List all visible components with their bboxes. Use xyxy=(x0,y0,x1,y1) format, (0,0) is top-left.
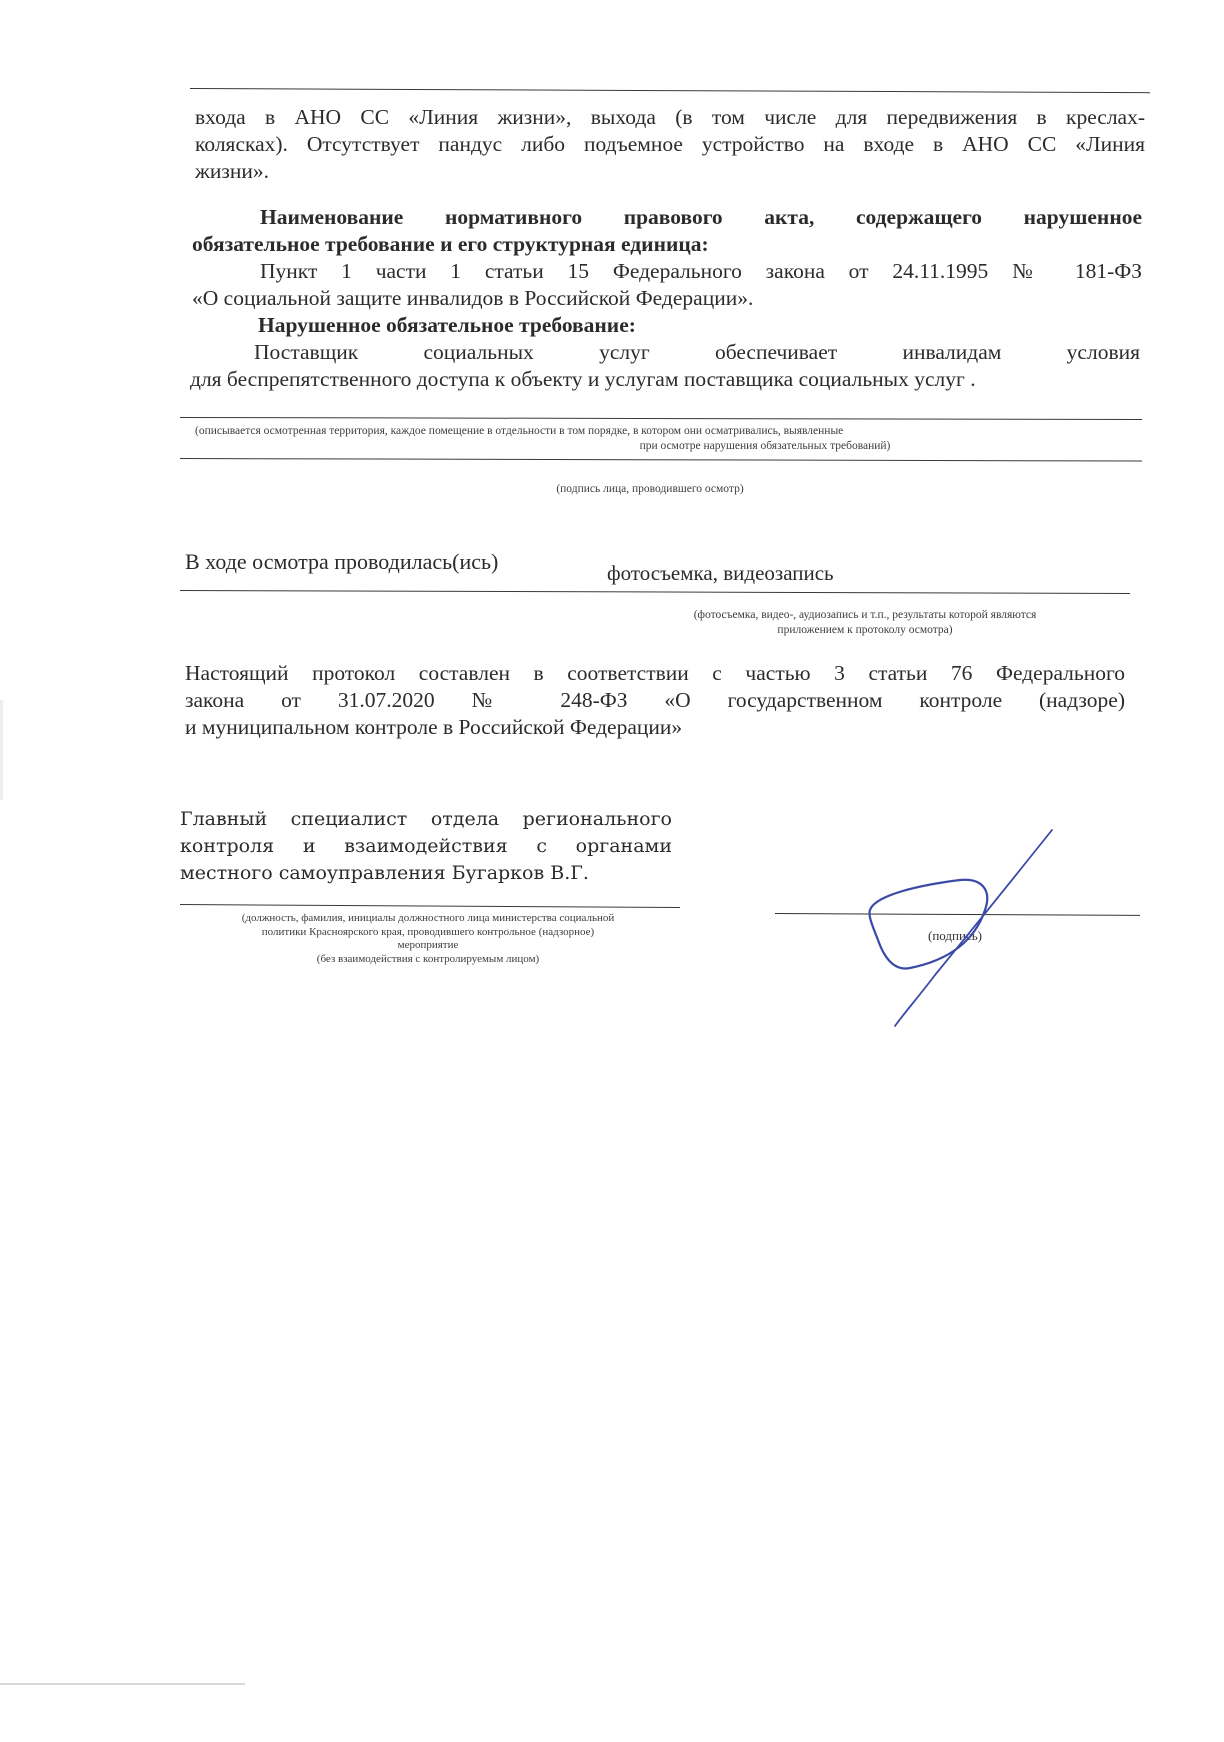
continuation-paragraph: входа в АНО СС «Линия жизни», выхода (в … xyxy=(195,104,1145,185)
handwritten-signature-icon xyxy=(760,800,1140,1040)
territory-divider xyxy=(180,417,1142,420)
recording-caption-line-1: (фотосъемка, видео-, аудиозапись и т.п.,… xyxy=(600,608,1130,623)
official-line-1: Главный специалист отдела регионального xyxy=(180,806,672,833)
territory-caption: (описывается осмотренная территория, каж… xyxy=(180,424,1150,453)
violated-requirement-text-1: Поставщик социальных услуг обеспечивает … xyxy=(190,339,1140,366)
continuation-line-1: входа в АНО СС «Линия жизни», выхода (в … xyxy=(195,104,1145,131)
inspector-signature-line xyxy=(180,458,1142,462)
recording-divider xyxy=(180,590,1130,594)
legal-basis-line-2: закона от 31.07.2020 № 248-ФЗ «О государ… xyxy=(185,687,1125,714)
legal-basis-paragraph: Настоящий протокол составлен в соответст… xyxy=(185,660,1125,741)
violated-requirement-heading: Нарушенное обязательное требование: xyxy=(190,312,1140,339)
normative-act-heading-2: обязательное требование и его структурна… xyxy=(192,231,1142,258)
official-caption-line-1: (должность, фамилия, инициалы должностно… xyxy=(178,912,678,926)
legal-basis-line-3: и муниципальном контроле в Российской Фе… xyxy=(185,714,1125,741)
scan-artifact-edge xyxy=(0,700,3,800)
violated-requirement-section: Нарушенное обязательное требование: Пост… xyxy=(190,312,1140,393)
normative-act-text-1: Пункт 1 части 1 статьи 15 Федерального з… xyxy=(192,258,1142,285)
continuation-line-2: колясках). Отсутствует пандус либо подъе… xyxy=(195,131,1145,158)
territory-caption-line-1: (описывается осмотренная территория, каж… xyxy=(180,424,1150,439)
normative-act-heading-1: Наименование нормативного правового акта… xyxy=(192,204,1142,231)
official-caption-line-2: политики Красноярского края, проводившег… xyxy=(178,926,678,940)
recording-caption: (фотосъемка, видео-, аудиозапись и т.п.,… xyxy=(600,608,1130,637)
recording-caption-line-2: приложением к протоколу осмотра) xyxy=(600,623,1130,638)
official-block: Главный специалист отдела регионального … xyxy=(180,806,672,887)
recording-value: фотосъемка, видеозапись xyxy=(607,560,834,587)
normative-act-text-2: «О социальной защите инвалидов в Российс… xyxy=(192,285,1142,312)
official-caption-line-4: (без взаимодействия с контролируемым лиц… xyxy=(178,953,678,967)
top-divider xyxy=(190,88,1150,93)
territory-caption-line-2: при осмотре нарушения обязательных требо… xyxy=(180,439,1150,454)
official-caption: (должность, фамилия, инициалы должностно… xyxy=(178,912,678,966)
recording-label: В ходе осмотра проводилась(ись) xyxy=(185,548,498,575)
official-line-2: контроля и взаимодействия с органами xyxy=(180,833,672,860)
legal-basis-line-1: Настоящий протокол составлен в соответст… xyxy=(185,660,1125,687)
inspector-signature-caption: (подпись лица, проводившего осмотр) xyxy=(400,482,900,497)
official-divider xyxy=(180,904,680,908)
violated-requirement-text-2: для беспрепятственного доступа к объекту… xyxy=(190,366,1140,393)
official-line-3: местного самоуправления Бугарков В.Г. xyxy=(180,860,672,887)
continuation-line-3: жизни». xyxy=(195,158,1145,185)
normative-act-section: Наименование нормативного правового акта… xyxy=(192,204,1142,312)
official-caption-line-3: мероприятие xyxy=(178,939,678,953)
scan-artifact-line xyxy=(0,1683,245,1685)
